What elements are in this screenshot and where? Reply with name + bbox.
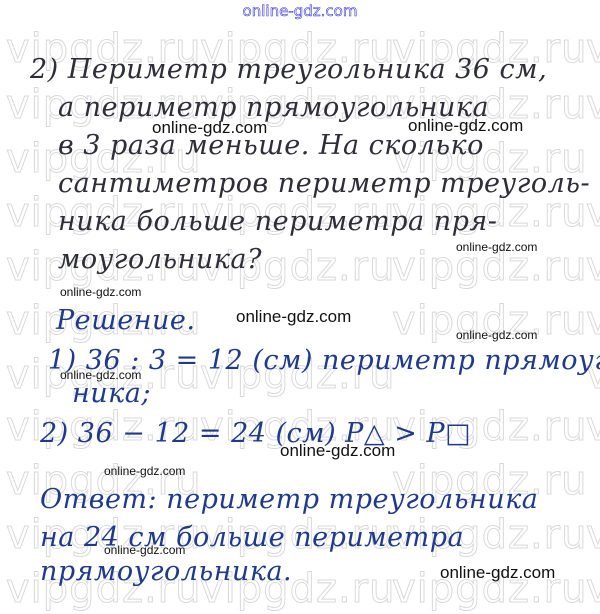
- watermark-online-gdz: online-gdz.com: [280, 441, 395, 461]
- watermark-vipgdz: vipgdz.ru: [586, 298, 600, 344]
- solution-step: 2) 36 − 12 = 24 (см) P△ > P□: [40, 418, 471, 449]
- watermark-vipgdz: vipgdz.ru: [586, 512, 600, 558]
- problem-line: моугольника?: [58, 244, 262, 275]
- watermark-online-gdz: online-gdz.com: [60, 368, 141, 382]
- site-brand: online-gdz.com: [0, 2, 600, 20]
- watermark-online-gdz: online-gdz.com: [408, 116, 523, 136]
- answer-line: прямоугольника.: [40, 556, 292, 587]
- watermark-online-gdz: online-gdz.com: [152, 118, 267, 138]
- answer-line: Ответ: периметр треугольника: [40, 484, 538, 515]
- problem-line: 2) Периметр треугольника 36 см,: [30, 54, 547, 85]
- problem-line: сантиметров периметр треуголь-: [58, 168, 590, 199]
- watermark-online-gdz: online-gdz.com: [104, 464, 185, 478]
- watermark-vipgdz: vipgdz.ru: [586, 82, 600, 128]
- solution-heading: Решение.: [56, 305, 195, 336]
- problem-line: ника больше периметра пря-: [58, 206, 497, 237]
- watermark-online-gdz: online-gdz.com: [456, 328, 537, 342]
- watermark-vipgdz: vipgdz.ru: [586, 404, 600, 450]
- watermark-vipgdz: vipgdz.ru: [586, 26, 600, 72]
- watermark-online-gdz: online-gdz.com: [104, 543, 185, 557]
- solution-step: ника;: [72, 378, 151, 409]
- watermark-vipgdz: vipgdz.ru: [586, 244, 600, 290]
- watermark-online-gdz: online-gdz.com: [60, 285, 141, 299]
- watermark-online-gdz: online-gdz.com: [456, 240, 537, 254]
- watermark-online-gdz: online-gdz.com: [440, 563, 555, 583]
- watermark-online-gdz: online-gdz.com: [236, 307, 351, 327]
- watermark-vipgdz: vipgdz.ru: [586, 566, 600, 612]
